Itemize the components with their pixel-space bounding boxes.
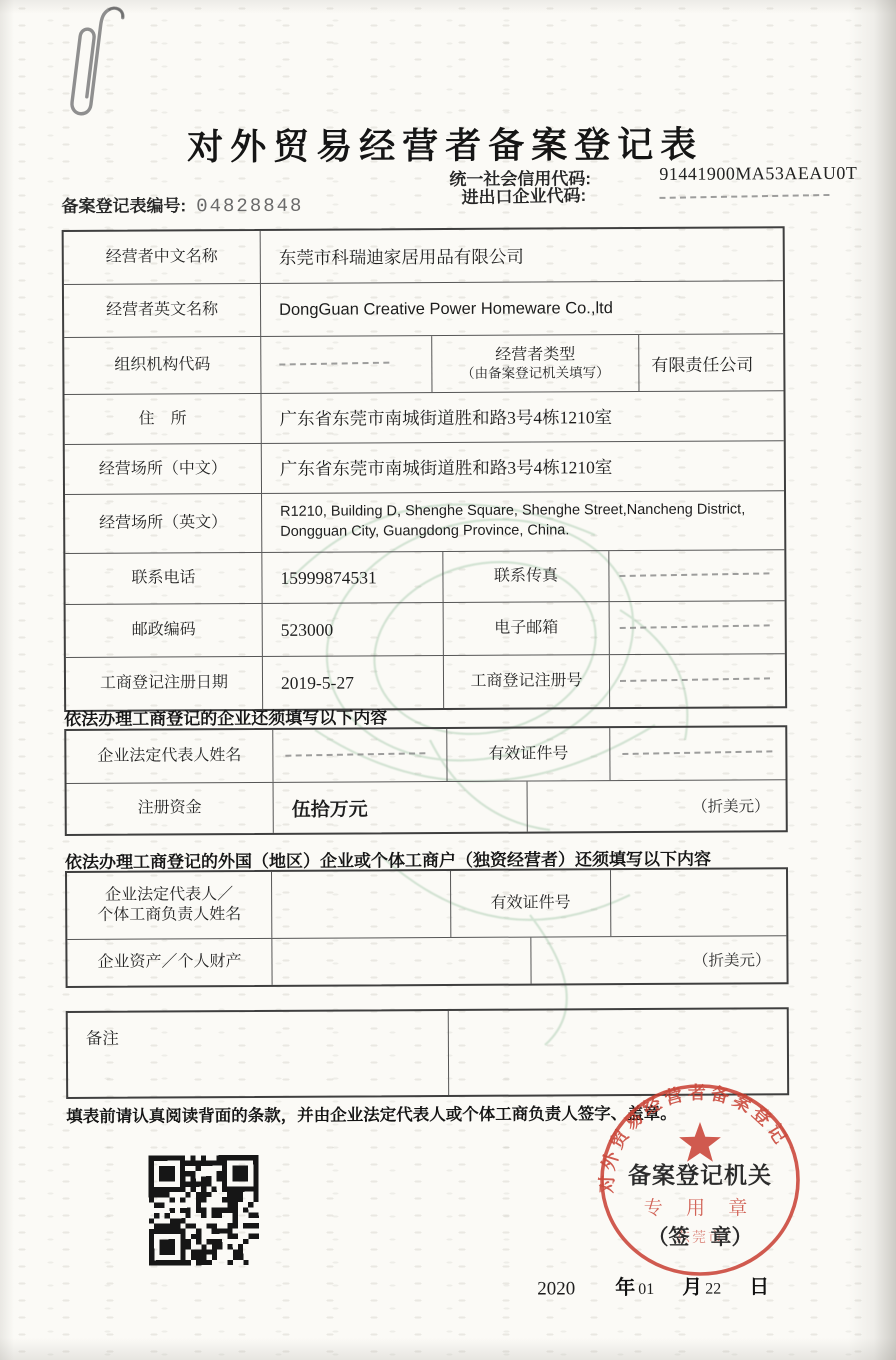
domestic-enterprise-table: 企业法定代表人姓名 有效证件号 注册资金 伍拾万元 （折美元）: [64, 725, 788, 836]
org-code-label: 组织机构代码: [64, 337, 261, 394]
operator-type-value: 有限责任公司: [639, 334, 783, 391]
remarks-label: 备注: [68, 1011, 449, 1097]
footer-notice: 填表前请认真阅读背面的条款，并由企业法定代表人或个体工商负责人签字、盖章。: [66, 1100, 677, 1127]
foreign-enterprise-table: 企业法定代表人／ 个体工商负责人姓名 有效证件号 企业资产／个人财产 （折美元）: [65, 867, 789, 988]
assets-value-cell: [272, 938, 531, 985]
table-row: 工商登记注册日期 2019-5-27 工商登记注册号: [66, 654, 785, 710]
form-number-label: 备案登记表编号:: [61, 196, 186, 216]
table-row: 经营场所（中文） 广东省东莞市南城街道胜和路3号4栋1210室: [65, 441, 784, 495]
fax-value-cell: [609, 550, 784, 601]
premises-cn-label: 经营场所（中文）: [65, 444, 262, 494]
ie-code-blank-dash: [659, 194, 829, 201]
foreign-rep-label: 企业法定代表人／ 个体工商负责人姓名: [67, 872, 272, 939]
cn-name-value: 东莞市科瑞迪家居用品有限公司: [261, 228, 783, 283]
blank-dash: [620, 677, 770, 684]
seal-star-icon: [679, 1122, 721, 1162]
paper-clip-icon: [66, 2, 146, 144]
cn-name-label: 经营者中文名称: [64, 231, 261, 284]
seal-type-text: 专 用 章: [644, 1197, 757, 1219]
form-number-value: 04828848: [196, 195, 303, 218]
id-no-value-cell: [610, 727, 785, 780]
operator-type-label: 经营者类型 （由备案登记机关填写）: [432, 335, 639, 392]
table-row: 企业法定代表人姓名 有效证件号: [66, 727, 785, 784]
residence-value: 广东省东莞市南城街道胜和路3号4栋1210室: [261, 391, 783, 443]
blank-dash: [285, 752, 425, 758]
postcode-label: 邮政编码: [66, 604, 263, 657]
phone-label: 联系电话: [65, 553, 262, 604]
reg-date-label: 工商登记注册日期: [66, 657, 263, 710]
credit-code-value: 91441900MA53AEAU0T: [659, 163, 857, 185]
table-row: 企业资产／个人财产 （折美元）: [67, 936, 786, 986]
table-row: 组织机构代码 经营者类型 （由备案登记机关填写） 有限责任公司: [64, 334, 783, 395]
email-label: 电子邮箱: [444, 602, 610, 655]
en-name-label: 经营者英文名称: [64, 284, 261, 337]
official-seal: 对外贸易经营者备案登记 专 用 章 东莞市 备案登记机关 （签 章）: [594, 1074, 806, 1286]
legal-rep-value-cell: [273, 729, 447, 782]
assets-label: 企业资产／个人财产: [67, 939, 272, 986]
blank-dash: [619, 572, 769, 579]
foreign-id-no-value-cell: [611, 869, 786, 936]
capital-label: 注册资金: [67, 783, 274, 834]
email-value-cell: [610, 601, 785, 654]
seal-sign-label: （签 章）: [648, 1225, 753, 1249]
table-row: 经营者中文名称 东莞市科瑞迪家居用品有限公司: [64, 228, 783, 285]
table-row: 经营场所（英文） R1210, Building D, Shenghe Squa…: [65, 491, 784, 554]
premises-en-value: R1210, Building D, Shenghe Square, Sheng…: [262, 491, 784, 552]
blank-dash: [622, 750, 772, 757]
main-info-table: 经营者中文名称 东莞市科瑞迪家居用品有限公司 经营者英文名称 DongGuan …: [62, 226, 788, 712]
table-row: 住 所 广东省东莞市南城街道胜和路3号4栋1210室: [65, 391, 784, 445]
table-row: 注册资金 伍拾万元 （折美元）: [67, 780, 786, 834]
blank-dash: [620, 624, 770, 631]
postcode-value: 523000: [263, 603, 444, 656]
page-title: 对外贸易经营者备案登记表: [187, 117, 703, 171]
table-row: 邮政编码 523000 电子邮箱: [66, 601, 785, 658]
foreign-rep-value-cell: [272, 871, 451, 938]
form-number-line: 备案登记表编号:04828848: [61, 191, 303, 218]
premises-cn-value: 广东省东莞市南城街道胜和路3号4栋1210室: [262, 441, 784, 493]
usd-equivalent-label: （折美元）: [531, 936, 786, 983]
phone-value: 15999874531: [262, 552, 443, 603]
scanned-document-page: 对外贸易经营者备案登记表 备案登记表编号:04828848 统一社会信用代码: …: [0, 0, 896, 1360]
org-code-value-cell: [261, 336, 432, 393]
table-row: 企业法定代表人／ 个体工商负责人姓名 有效证件号: [67, 869, 786, 940]
usd-equivalent-label: （折美元）: [528, 780, 786, 831]
foreign-id-no-label: 有效证件号: [451, 870, 611, 937]
reg-date-value: 2019-5-27: [263, 656, 444, 709]
legal-rep-label: 企业法定代表人姓名: [66, 730, 273, 783]
reg-no-value-cell: [610, 654, 785, 707]
table-row: 经营者英文名称 DongGuan Creative Power Homeware…: [64, 281, 783, 338]
table-row: 联系电话 15999874531 联系传真: [65, 550, 784, 605]
date-year-value: 2020: [537, 1278, 575, 1300]
premises-en-label: 经营场所（英文）: [65, 494, 262, 553]
blank-dash: [279, 362, 389, 368]
residence-label: 住 所: [65, 394, 262, 444]
en-name-value: DongGuan Creative Power Homeware Co.,ltd: [261, 281, 783, 336]
section1-heading: 依法办理工商登记的企业还须填写以下内容: [64, 703, 387, 730]
qr-code: [147, 1154, 260, 1272]
seal-org-label: 备案登记机关: [628, 1162, 772, 1188]
ie-code-label: 进出口企业代码:: [461, 180, 657, 209]
fax-label: 联系传真: [443, 551, 609, 602]
code-block: 统一社会信用代码: 进出口企业代码: 91441900MA53AEAU0T: [449, 163, 857, 207]
capital-value: 伍拾万元: [274, 782, 528, 833]
id-no-label: 有效证件号: [447, 728, 610, 781]
reg-no-label: 工商登记注册号: [444, 655, 610, 708]
